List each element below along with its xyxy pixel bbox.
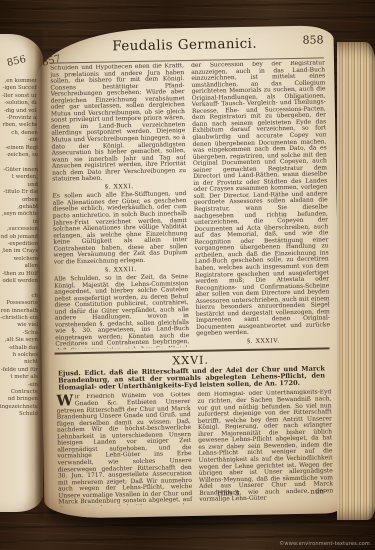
upper-text-columns: Schulden und Hypothecen eben die Krafft,… <box>36 58 339 350</box>
column-number-856: 856 <box>6 54 27 69</box>
catchword: nun- <box>310 487 326 495</box>
text-column-858: der Succession bey der Registratur anzuz… <box>191 60 330 347</box>
section-mark: §. XXXIV. <box>196 338 330 347</box>
page-block-fore-edge <box>337 42 375 520</box>
column-number-858: 858 <box>302 33 323 46</box>
paragraph: dem Homagial- oder Unterthänigkeits-Eyd … <box>197 390 333 504</box>
book-photo: 856 en kommen, igen Succeß- ller sonst u… <box>0 0 375 550</box>
watermark-text: ©www.environment-textures.com <box>279 541 370 547</box>
running-head: 857 Feudalis Germanici. 858 <box>35 25 334 64</box>
paragraph: Es sollen auch alle Ehe-Stifftungen, und… <box>52 191 187 266</box>
gutter-shadow <box>34 30 50 518</box>
paragraph: Alle Schulden, so in der Zeit, da Seine … <box>54 274 189 350</box>
text-column-857: Schulden und Hypothecen eben die Krafft,… <box>50 63 189 350</box>
drop-cap-initial: W <box>56 395 75 408</box>
signature-mark: Hhh 3 <box>217 489 239 497</box>
paragraph: der Succession bey der Registratur anzuz… <box>191 60 330 337</box>
paragraph: Schulden und Hypothecen eben die Krafft,… <box>50 63 186 183</box>
page-title: Feudalis Germanici. <box>36 34 334 56</box>
right-page-857-858: 857 Feudalis Germanici. 858 Schulden und… <box>35 25 342 519</box>
